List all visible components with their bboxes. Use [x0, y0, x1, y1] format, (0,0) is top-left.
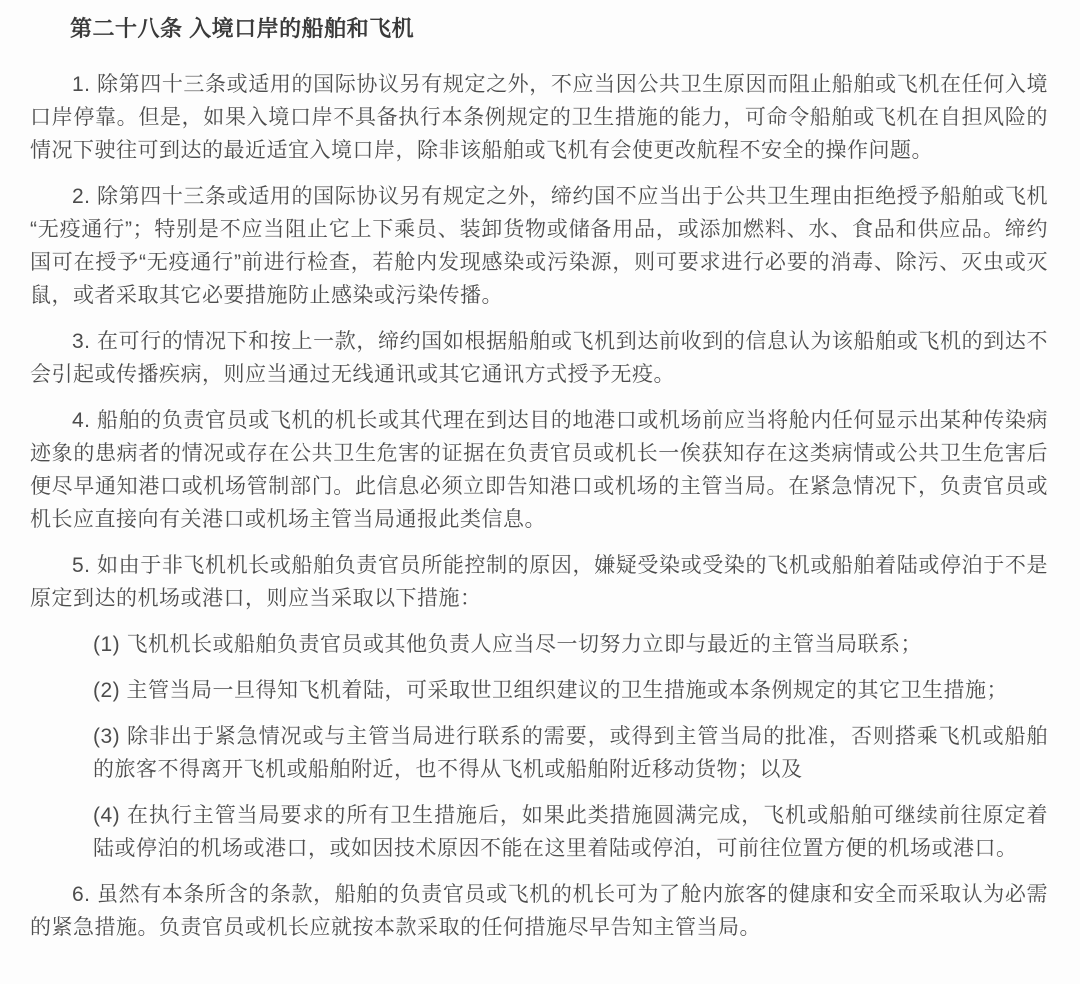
paragraph-1: 1. 除第四十三条或适用的国际协议另有规定之外，不应当因公共卫生原因而阻止船舶或…: [30, 68, 1048, 167]
article-heading: 第二十八条 入境口岸的船舶和飞机: [70, 14, 1048, 44]
paragraph-5: 5. 如由于非飞机机长或船舶负责官员所能控制的原因，嫌疑受染或受染的飞机或船舶着…: [30, 549, 1048, 615]
paragraph-4: 4. 船舶的负责官员或飞机的机长或其代理在到达目的地港口或机场前应当将舱内任何显…: [30, 404, 1048, 536]
paragraph-6: 6. 虽然有本条所含的条款，船舶的负责官员或飞机的机长可为了舱内旅客的健康和安全…: [30, 878, 1048, 944]
document-page: 第二十八条 入境口岸的船舶和飞机 1. 除第四十三条或适用的国际协议另有规定之外…: [0, 0, 1080, 984]
subitem-4: (4) 在执行主管当局要求的所有卫生措施后，如果此类措施圆满完成，飞机或船舶可继…: [93, 799, 1048, 865]
paragraph-2: 2. 除第四十三条或适用的国际协议另有规定之外，缔约国不应当出于公共卫生理由拒绝…: [30, 180, 1048, 312]
subitem-1: (1) 飞机机长或船舶负责官员或其他负责人应当尽一切努力立即与最近的主管当局联系…: [93, 628, 1048, 661]
paragraph-3: 3. 在可行的情况下和按上一款，缔约国如根据船舶或飞机到达前收到的信息认为该船舶…: [30, 325, 1048, 391]
subitem-2: (2) 主管当局一旦得知飞机着陆，可采取世卫组织建议的卫生措施或本条例规定的其它…: [93, 674, 1048, 707]
subitem-3: (3) 除非出于紧急情况或与主管当局进行联系的需要，或得到主管当局的批准，否则搭…: [93, 720, 1048, 786]
